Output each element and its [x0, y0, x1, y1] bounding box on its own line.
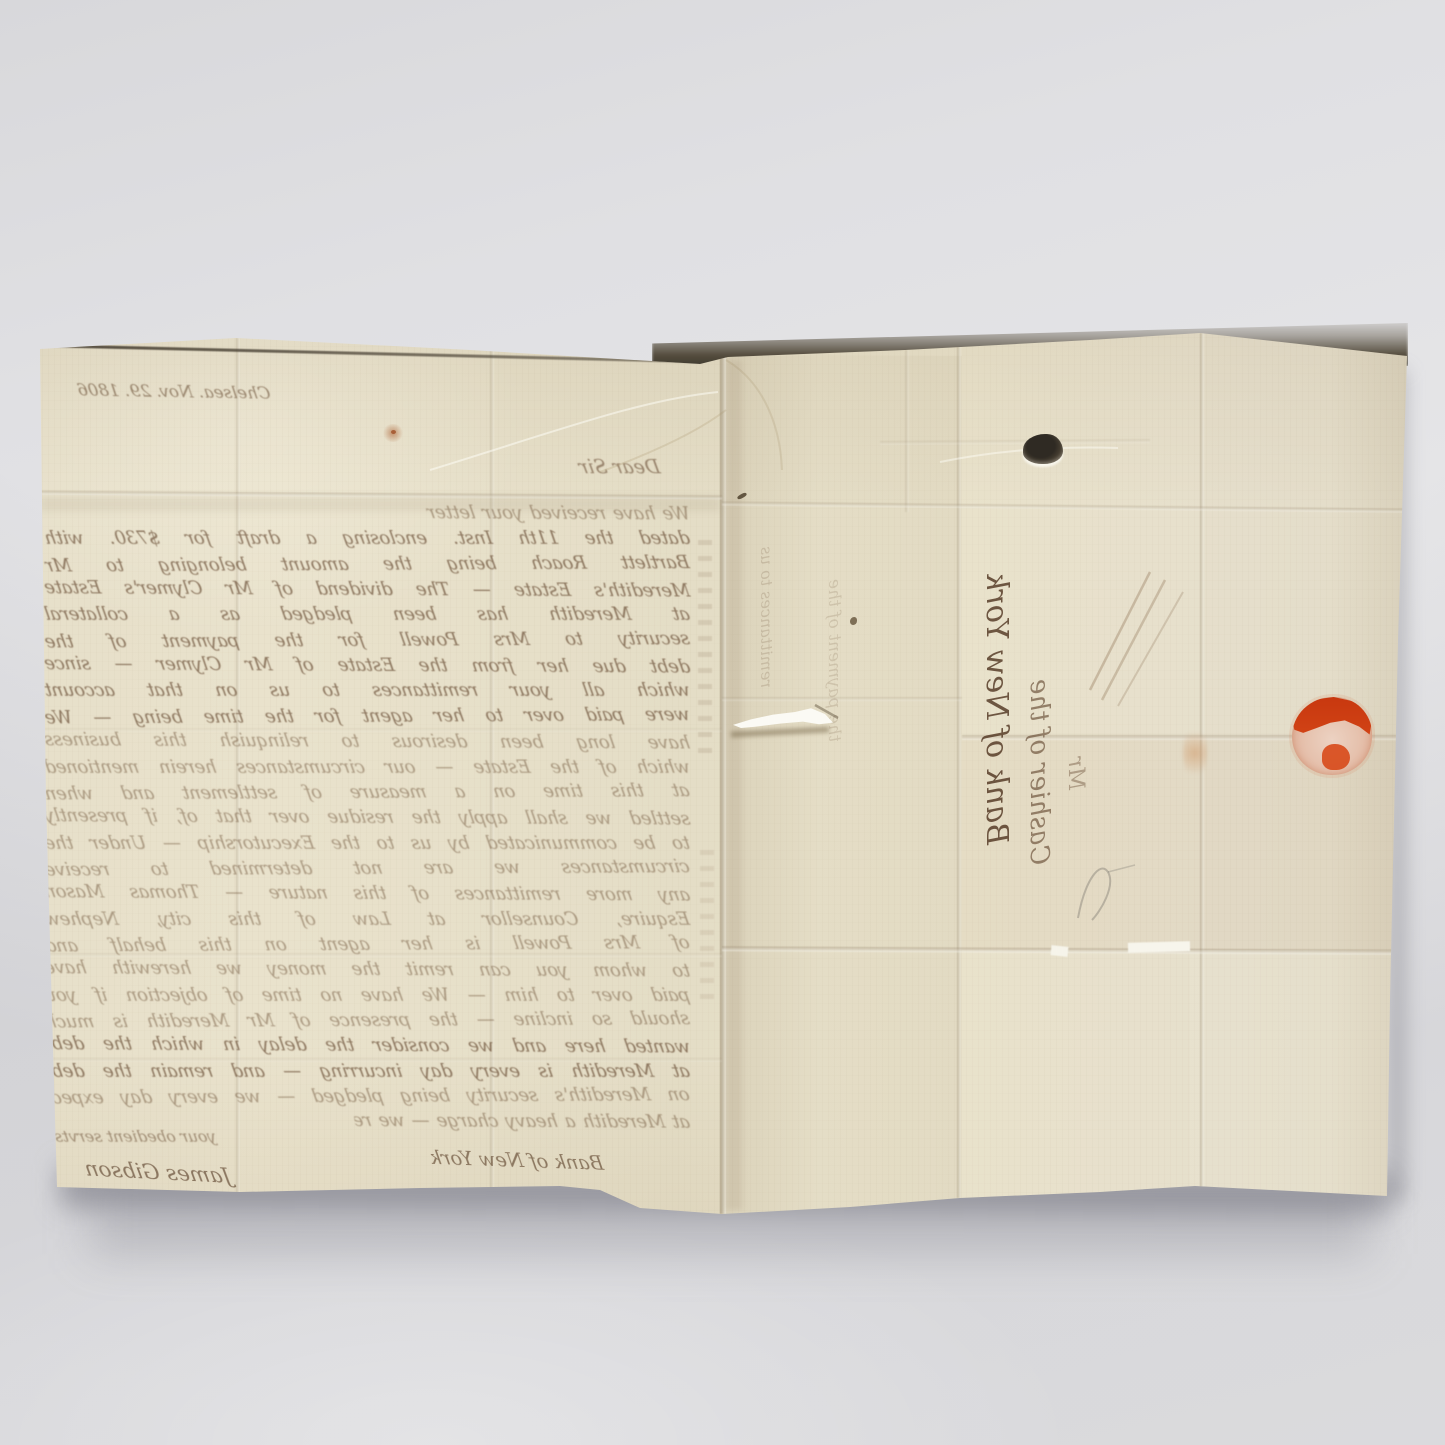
- handwriting-line: We have received your letter: [425, 502, 692, 527]
- fold-crease-v4: [905, 350, 909, 512]
- address-line-cashier: Cashier of the: [1022, 545, 1054, 865]
- mirrored-handwriting: Chelsea. Nov. 29. 1806 Dear Sir We have …: [38, 370, 738, 1250]
- handwriting-line: which of the Estate — our circumstances …: [43, 757, 692, 781]
- handwriting-line: to be communicated by us to the Executor…: [43, 833, 692, 857]
- photo-scene: Chelsea. Nov. 29. 1806 Dear Sir We have …: [0, 0, 1445, 1445]
- handwriting-line: on Meredith's security being pledged — w…: [43, 1084, 691, 1111]
- handwriting-line: were paid over to her agent for the time…: [43, 704, 691, 731]
- show-through-column-a: remittances to us: [748, 522, 776, 688]
- handwriting-line: have long been desirous to relinquish th…: [43, 729, 692, 756]
- handwriting-line: should so incline — the presence of Mr M…: [43, 1008, 691, 1035]
- fold-crease-v5: [957, 346, 961, 1198]
- letter-closing: your obedient servts: [53, 1128, 218, 1146]
- handwriting-line: settled we shall apply the residue over …: [43, 805, 692, 832]
- address-line-bank: Bank of New York: [978, 528, 1014, 845]
- handwriting-line: to whom you can remit the money we herew…: [43, 958, 692, 985]
- letter-salutation: Dear Sir: [577, 456, 662, 478]
- handwriting-line: at this time on a measure of settlement …: [43, 780, 691, 807]
- handwriting-line: Meredith's Estate — The dividend of Mr C…: [43, 577, 692, 604]
- handwriting-line: at Meredith a heavy charge — we remain: [353, 1111, 692, 1137]
- letter-dateline: Chelsea. Nov. 29. 1806: [46, 380, 271, 403]
- handwriting-line: which all your remittances to us on that…: [43, 680, 692, 704]
- handwriting-line: debt due her from the Estate of Mr Clyme…: [43, 653, 692, 680]
- letter-signature: James Gibson: [82, 1156, 232, 1188]
- foxing-stain: [1183, 726, 1207, 780]
- handwriting-line: any more remittances of this nature — Th…: [43, 882, 692, 909]
- wax-seal-red-blob: [1322, 744, 1350, 770]
- filing-hole: [1023, 434, 1063, 464]
- crease-split-white-1: [1128, 941, 1190, 953]
- handwriting-line: Esquire, Counsellor at Law of this city,…: [43, 909, 692, 933]
- handwriting-line: wanted here and we consider the delay in…: [43, 1034, 692, 1061]
- handwriting-line: of Mrs Powell is her agent on this behal…: [43, 932, 691, 959]
- handwriting-line: at Meredith has been pledged as a collat…: [43, 604, 692, 628]
- wax-seal: [1292, 697, 1372, 775]
- handwriting-line: circumstances we are not determined to r…: [43, 856, 691, 883]
- handwriting-line: security to Mrs Powell for the payment o…: [43, 628, 691, 655]
- handwriting-line: dated the 11th Inst. enclosing a draft f…: [43, 528, 692, 552]
- handwriting-line: Bartlett Roach being the amount belongin…: [43, 552, 691, 579]
- letter-bank-line: Bank of New York: [428, 1147, 605, 1175]
- handwriting-line: at Meredith is every day incurring — and…: [43, 1061, 692, 1085]
- crease-split-white-2: [1051, 945, 1069, 957]
- fold-panel-shading-top-right: [722, 333, 1407, 508]
- address-line-mr: Mr: [1058, 550, 1088, 790]
- handwriting-line: paid over to him — We have no time of ob…: [43, 985, 692, 1009]
